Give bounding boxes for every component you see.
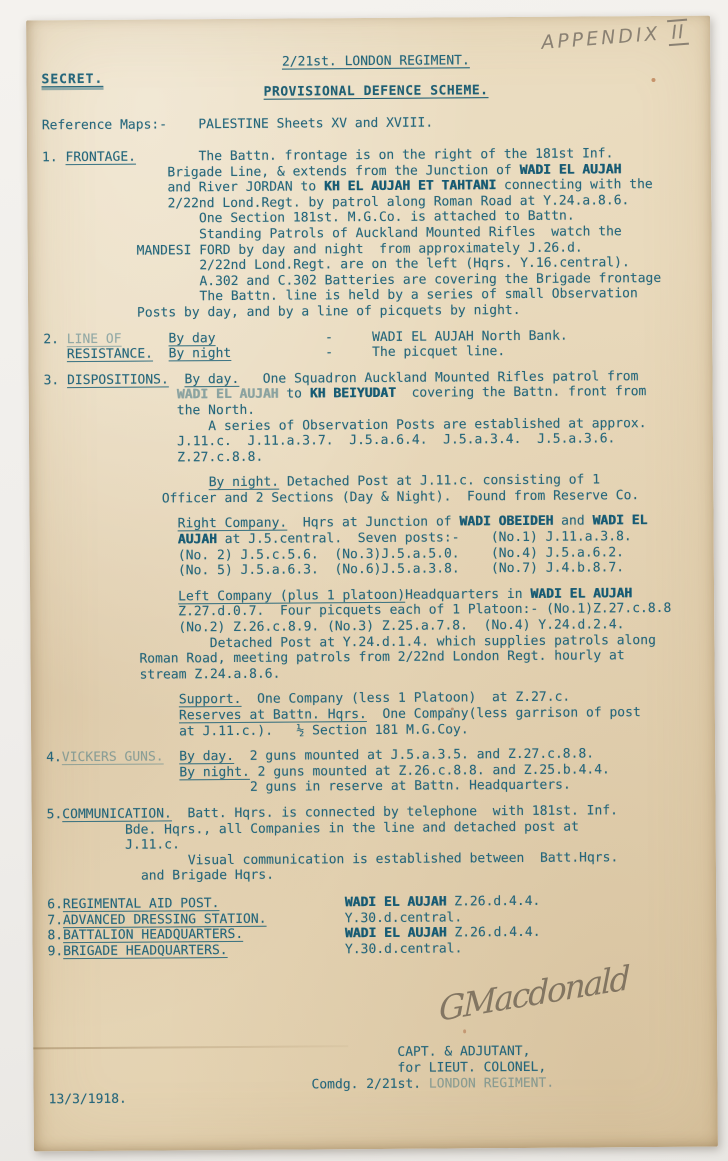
appendix-label: APPENDIX xyxy=(541,23,662,54)
document-subtitle: PROVISIONAL DEFENCE SCHEME. xyxy=(42,82,711,103)
section-dispositions: 3. DISPOSITIONS. By day. One Squadron Au… xyxy=(44,368,716,740)
paper-speck xyxy=(651,78,655,82)
date-line: 13/3/1918. xyxy=(49,1092,127,1108)
text-line: RESISTANCE. By night - The picquet line. xyxy=(43,343,712,363)
signature-typed-block: CAPT. & ADJUTANT, for LIEUT. COLONEL,Com… xyxy=(311,1044,554,1092)
text-line: Posts by day, and by a line of picquets … xyxy=(43,302,712,322)
appendix-numeral: II xyxy=(668,19,689,46)
text-line: Comdg. 2/21st. LONDON REGIMENT. xyxy=(311,1075,554,1092)
paper-speck xyxy=(451,707,454,710)
section-line-of-resistance: 2. LINE OF By day - WADI EL AUJAH North … xyxy=(43,327,712,363)
document-page: APPENDIXII SECRET. 2/21st. LONDON REGIME… xyxy=(26,16,718,1152)
text-line: 2 guns in reserve at Battn. Headquarters… xyxy=(46,777,715,797)
reference-maps-line: Reference Maps:- PALESTINE Sheets XV and… xyxy=(42,114,711,135)
section-vickers-guns: 4.VICKERS GUNS. By day. 2 guns mounted a… xyxy=(46,746,715,797)
document-title: 2/21st. LONDON REGIMENT. xyxy=(41,52,710,73)
signature-area: GMacdonald CAPT. & ADJUTANT, for LIEUT. … xyxy=(48,971,718,1111)
classification-stamp: SECRET. xyxy=(41,72,103,90)
section-locations: 6.REGIMENTAL AID POST. WADI EL AUJAH Z.2… xyxy=(47,893,716,960)
text-line: and Brigade Hqrs. xyxy=(47,865,716,885)
text-line: at J.11.c.). ½ Section 181 M.G.Coy. xyxy=(46,720,715,740)
text-line: for LIEUT. COLONEL, xyxy=(311,1060,554,1077)
appendix-annotation: APPENDIXII xyxy=(541,21,689,54)
section-frontage: 1. FRONTAGE. The Battn. frontage is on t… xyxy=(42,146,712,322)
text-line: 9.BRIGADE HEADQUARTERS. Y.30.d.central. xyxy=(48,939,717,959)
signature-handwritten: GMacdonald xyxy=(439,958,629,1029)
paper-speck xyxy=(463,1029,466,1033)
section-communication: 5.COMMUNICATION. Batt. Hqrs. is connecte… xyxy=(47,803,717,886)
